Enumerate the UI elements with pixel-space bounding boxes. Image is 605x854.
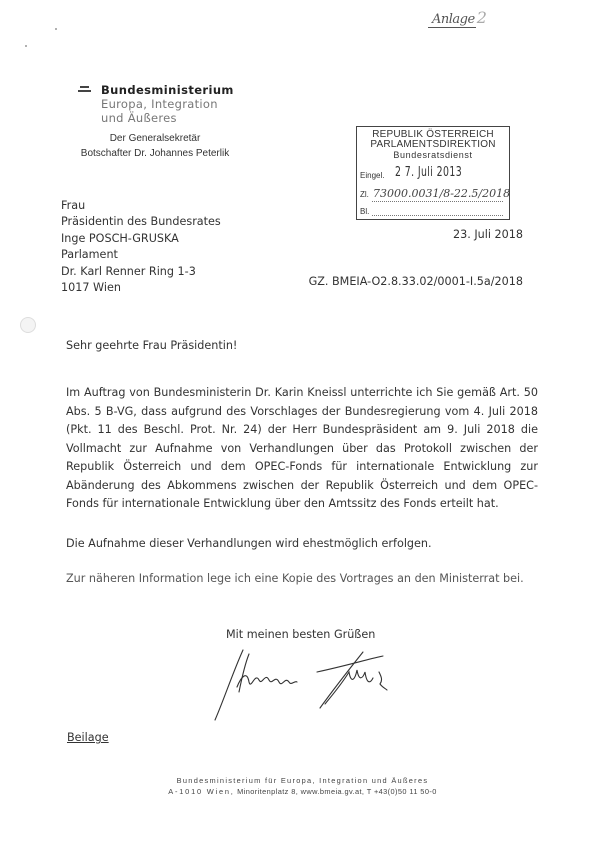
recipient-line: Inge POSCH-GRUSKA — [61, 231, 221, 247]
body-paragraph: Die Aufnahme dieser Verhandlungen wird e… — [66, 535, 538, 554]
letter-date: 23. Juli 2018 — [453, 228, 523, 241]
annotation-number: 2 — [477, 8, 487, 27]
letterhead-line-1: Bundesministerium — [101, 83, 234, 97]
stamp-line-3: Bundesratsdienst — [357, 150, 509, 160]
signature-icon — [205, 642, 405, 722]
stamp-bl-label: Bl. — [360, 207, 369, 216]
footer-line-1: Bundesministerium für Europa, Integratio… — [0, 775, 605, 786]
stamp-zl-value: 73000.0031/8-22.5/2018 — [373, 187, 510, 200]
stamp-line-2: PARLAMENTSDIREKTION — [357, 140, 509, 150]
recipient-line: Präsidentin des Bundesrates — [61, 214, 221, 230]
body-paragraph: Im Auftrag von Bundesministerin Dr. Kari… — [66, 384, 538, 514]
recipient-line: Parlament — [61, 247, 221, 263]
footer-city: A-1010 Wien, — [168, 787, 234, 796]
footer-line-2: A-1010 Wien, Minoritenplatz 8, www.bmeia… — [0, 786, 605, 797]
reference-number: GZ. BMEIA-O2.8.33.02/0001-I.5a/2018 — [309, 275, 523, 288]
stamp-dotted-line — [372, 215, 503, 216]
footer: Bundesministerium für Europa, Integratio… — [0, 775, 605, 797]
punch-hole — [20, 317, 36, 333]
annotation-underline — [428, 27, 476, 28]
sender-name: Botschafter Dr. Johannes Peterlik — [70, 146, 240, 161]
footer-contact: Minoritenplatz 8, www.bmeia.gv.at, T +43… — [237, 787, 437, 796]
stamp-dotted-line — [372, 201, 503, 202]
stamp-received-label: Eingel. — [360, 171, 384, 180]
letterhead-line-2: Europa, Integration — [101, 97, 234, 111]
recipient-line: Frau — [61, 198, 221, 214]
ministry-flag-icon — [78, 86, 92, 94]
scan-speck — [25, 45, 27, 47]
annotation-text: Anlage — [432, 12, 475, 27]
stamp-header: REPUBLIK ÖSTERREICH PARLAMENTSDIREKTION … — [357, 130, 509, 160]
receipt-stamp: REPUBLIK ÖSTERREICH PARLAMENTSDIREKTION … — [356, 126, 510, 220]
handwritten-annotation: Anlage2 — [432, 8, 486, 27]
recipient-address: Frau Präsidentin des Bundesrates Inge PO… — [61, 198, 221, 296]
sender-block: Der Generalsekretär Botschafter Dr. Joha… — [70, 131, 240, 161]
sender-title: Der Generalsekretär — [70, 131, 240, 146]
scan-speck — [55, 28, 57, 30]
closing: Mit meinen besten Grüßen — [226, 628, 375, 641]
letterhead: Bundesministerium Europa, Integration un… — [101, 83, 234, 125]
letterhead-line-3: und Äußeres — [101, 111, 234, 125]
body-paragraph: Zur näheren Information lege ich eine Ko… — [66, 570, 538, 589]
salutation: Sehr geehrte Frau Präsidentin! — [66, 339, 237, 352]
recipient-line: Dr. Karl Renner Ring 1-3 — [61, 264, 221, 280]
recipient-line: 1017 Wien — [61, 280, 221, 296]
stamp-received-date: 2 7. Juli 2013 — [395, 165, 462, 180]
stamp-zl-label: Zl. — [360, 190, 369, 199]
enclosure-label: Beilage — [67, 731, 109, 744]
